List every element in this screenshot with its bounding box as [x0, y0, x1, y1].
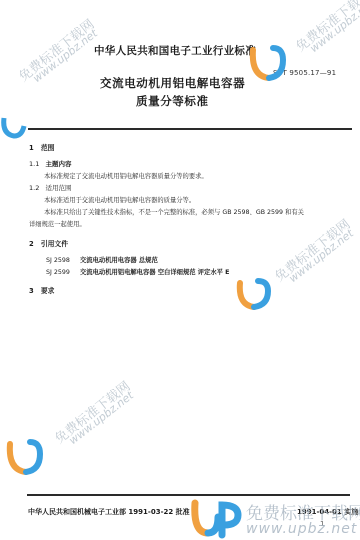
section-title: 范围 [41, 144, 55, 152]
paragraph: 本标准规定了交流电动机用铝电解电容器质量分等的要求。 [44, 171, 208, 180]
section-number: 2 [29, 240, 34, 248]
watermark: 免费标准下载网 www.upbz.net [190, 497, 360, 540]
standard-code: SJ/T 9505.17—91 [273, 69, 336, 77]
document-title-line2: 质量分等标准 [136, 93, 209, 109]
page-number: 1 [320, 520, 324, 528]
watermark-url: www.upbz.net [66, 389, 136, 447]
watermark-url: www.upbz.net [307, 0, 360, 55]
upbz-logo-icon [4, 436, 48, 480]
reference-item: SJ 2598交流电动机用电容器 总规范 [46, 255, 158, 264]
reference-title: 交流电动机用电容器 总规范 [80, 257, 158, 264]
watermark-text: 免费标准下载网 [14, 14, 97, 85]
section-3-heading: 3 要求 [29, 285, 54, 295]
subsection-title: 主题内容 [46, 160, 72, 168]
subsection-1-1-heading: 1.1 主题内容 [29, 159, 72, 168]
upbz-logo-icon [0, 112, 30, 142]
watermark-text: 免费标准下载网 [291, 0, 360, 55]
paragraph: 本标准只给出了关键性技术指标，不是一个完整的标准，必须与 GB 2598、GB … [44, 207, 304, 216]
implementation-date: 1991-04-01 实施 [297, 507, 358, 517]
subsection-1-2-heading: 1.2 适用范围 [29, 183, 72, 192]
reference-item: SJ 2599交流电动机用铝电解电容器 空白详细规范 评定水平 E [46, 267, 229, 276]
approval-statement: 中华人民共和国机械电子工业部 1991-03-22 批准 [28, 507, 190, 517]
watermark-url: www.upbz.net [286, 227, 356, 285]
document-page: 中华人民共和国电子工业行业标准 SJ/T 9505.17—91 交流电动机用铝电… [0, 0, 360, 540]
reference-code: SJ 2598 [46, 257, 80, 264]
issuing-organization: 中华人民共和国电子工业行业标准 [94, 43, 256, 58]
document-title-line1: 交流电动机用铝电解电容器 [100, 75, 245, 91]
watermark-url: www.upbz.net [246, 521, 357, 537]
upbz-logo-icon [234, 275, 274, 315]
paragraph-continuation: 详细规范一起使用。 [29, 219, 86, 228]
watermark-text: 免费标准下载网 [50, 376, 133, 447]
reference-code: SJ 2599 [46, 269, 80, 276]
reference-title: 交流电动机用铝电解电容器 空白详细规范 评定水平 E [80, 269, 229, 276]
section-2-heading: 2 引用文件 [29, 238, 68, 248]
watermark: 免费标准下载网 www.upbz.net [0, 360, 150, 490]
footer-divider [27, 494, 350, 496]
section-number: 1 [29, 144, 34, 152]
upbz-logo-icon [190, 499, 242, 539]
paragraph: 本标准适用于交流电动机用铝电解电容器的质量分等。 [44, 195, 195, 204]
section-number: 3 [29, 287, 34, 295]
section-title: 要求 [41, 287, 55, 295]
subsection-title: 适用范围 [46, 184, 72, 192]
header-divider [28, 128, 352, 130]
section-title: 引用文件 [41, 240, 68, 248]
subsection-number: 1.2 [29, 184, 39, 192]
subsection-number: 1.1 [29, 160, 39, 168]
watermark-text: 免费标准下载网 [270, 214, 353, 285]
watermark: 免费标准下载网 www.upbz.net [232, 200, 360, 340]
watermark-url: www.upbz.net [30, 27, 100, 85]
section-1-heading: 1 范围 [29, 142, 54, 152]
